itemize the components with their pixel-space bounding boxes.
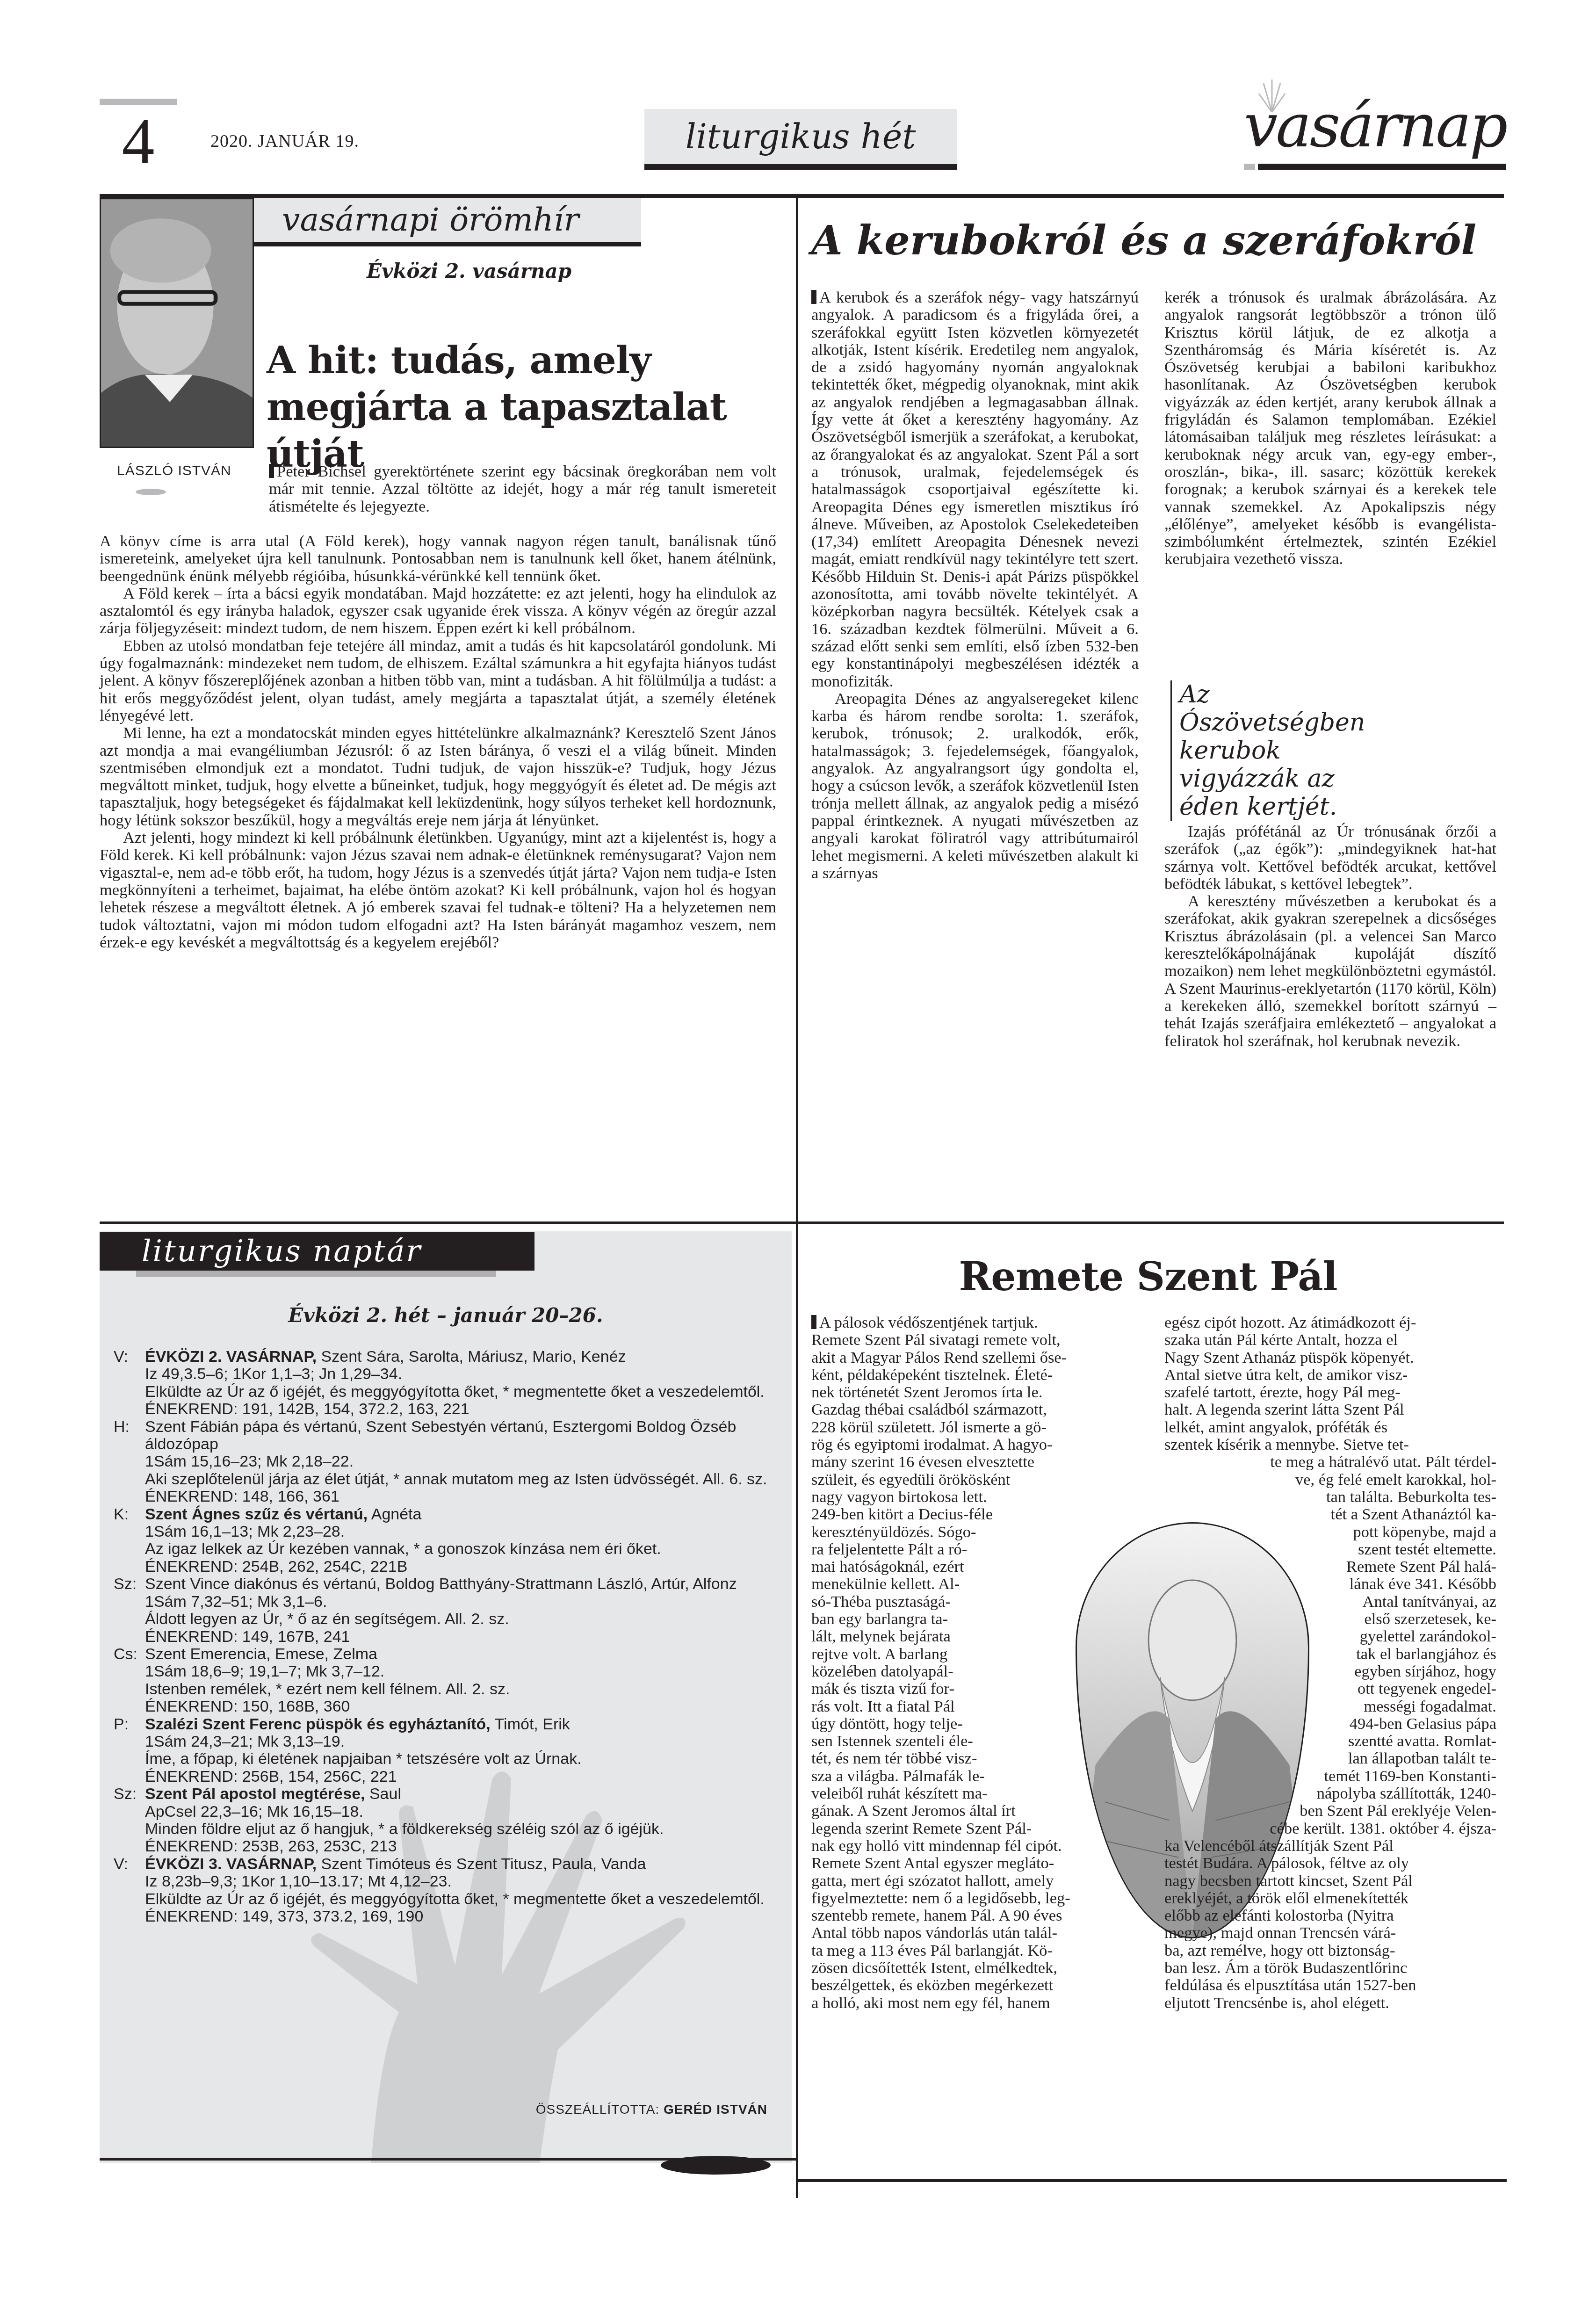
songs: ÉNEKREND: 254B, 262, 254C, 221B	[145, 1558, 661, 1576]
day-label: P:	[114, 1716, 145, 1786]
lead-marker-icon	[269, 464, 274, 478]
text-line: cébe került. 1381. október 4. éjsza-	[1164, 1820, 1496, 1837]
paragraph: A könyv címe is arra utal (A Föld kerek)…	[100, 533, 776, 585]
readings: 1Sám 16,1–13; Mk 2,23–28.	[145, 1523, 661, 1540]
text-line: 249-ben kitört a Decius-féle	[811, 1506, 1139, 1523]
brand-underline	[1258, 164, 1506, 170]
songs: ÉNEKREND: 191, 142B, 154, 372.2, 163, 22…	[145, 1401, 765, 1418]
text-line: zösen dicsőítették Istent, elmélkedtek,	[811, 1959, 1139, 1977]
paragraph: kerék a trónusok és uralmak ábrázolására…	[1164, 289, 1496, 568]
text-line: gatta, mert égi szózatot hallott, amely	[811, 1872, 1139, 1890]
calendar-entry: Sz: Szent Pál apostol megtérése, Saul Ap…	[114, 1785, 787, 1856]
masthead: 4 2020. JANUÁR 19. liturgikus hét vasárn…	[0, 0, 1596, 196]
text-line: legenda szerint Remete Szent Pál-	[811, 1820, 1139, 1837]
column-divider	[796, 196, 798, 2198]
text-line: megye), majd onnan Trencsén várá-	[1164, 1924, 1496, 1942]
text-line: gyelettel zarándokol-	[1164, 1628, 1496, 1645]
text-line: pott köpenybe, majd a	[1164, 1524, 1496, 1541]
text-line: előbb az elefánti kolostorba (Nyitra	[1164, 1907, 1496, 1924]
paragraph: Azt jelenti, hogy mindezt ki kell próbál…	[100, 829, 776, 951]
psalm: Minden földre eljut az ő hangjuk, * a fö…	[145, 1821, 664, 1838]
text-line: rás volt. Itt a fiatal Pál	[811, 1698, 1139, 1715]
article-column: egész cipót hozott. Az átimádkozott éj-s…	[1164, 1314, 1496, 2012]
text-line: testét Budára. A pálosok, féltve az oly	[1164, 1855, 1496, 1872]
text-line: szent testét eltemette.	[1164, 1541, 1496, 1558]
calendar-entry: Cs: Szent Emerencia, Emese, Zelma 1Sám 1…	[114, 1646, 787, 1716]
text-line: figyelmeztette: nem ő a legidősebb, leg-	[811, 1890, 1139, 1907]
text-line: Remete Szent Pál sivatagi remete volt,	[811, 1331, 1139, 1349]
paragraph: Mi lenne, ha ezt a mondatocskát minden e…	[100, 724, 776, 829]
text-line: Antal tanítványai, az	[1164, 1593, 1496, 1611]
text-line: ott tegyenek engedel-	[1164, 1680, 1496, 1698]
text-line: szafelé tartott, érezte, hogy Pál meg-	[1164, 1384, 1496, 1401]
psalm: Áldott legyen az Úr, * ő az én segítsége…	[145, 1611, 737, 1628]
text-line: Nagy Szent Athanáz püspök köpenyét.	[1164, 1349, 1496, 1366]
day-label: Sz:	[114, 1576, 145, 1646]
text-line: lan állapotban talált te-	[1164, 1750, 1496, 1767]
day-label: Cs:	[114, 1646, 145, 1716]
text-line: keresztényüldözés. Sógo-	[811, 1524, 1139, 1541]
text-line: feldúlása és elpusztítása után 1527-ben	[1164, 1977, 1496, 1994]
psalm: Elküldte az Úr az ő igéjét, és meggyógyí…	[145, 1383, 765, 1401]
songs: ÉNEKREND: 150, 168B, 360	[145, 1698, 510, 1715]
psalm: Íme, a főpap, ki életének napjaiban * te…	[145, 1750, 582, 1768]
text-line: nak egy holló vitt mindennap fél cipót.	[811, 1837, 1139, 1855]
songs: ÉNEKREND: 149, 167B, 241	[145, 1628, 737, 1646]
article-intro: Peter Bichsel gyerektörténete szerint eg…	[269, 463, 776, 515]
calendar-entry: H: Szent Fábián pápa és vértanú, Szent S…	[114, 1418, 787, 1506]
text-line: szentebb remete, hanem Pál. A 90 éves	[811, 1907, 1139, 1924]
text-line: mány szerint 16 évesen elvesztette	[811, 1453, 1139, 1471]
readings: 1Sám 18,6–9; 19,1–7; Mk 3,7–12.	[145, 1663, 510, 1680]
brand-logo: vasárnap	[1244, 94, 1506, 168]
text-line: halt. A legenda szerint látta Szent Pál	[1164, 1401, 1496, 1418]
text-line: ka Velencéből átszállítják Szent Pál	[1164, 1837, 1496, 1855]
column-kicker: vasárnapi örömhír	[254, 198, 641, 246]
calendar-list: V: ÉVKÖZI 2. VASÁRNAP, Szent Sára, Sarol…	[114, 1348, 787, 1925]
text-line: rejtve volt. A barlang	[811, 1646, 1139, 1663]
text-line: ereklyéjét, a török elől elmenekítették	[1164, 1890, 1496, 1907]
divider	[100, 1221, 1504, 1224]
readings: Iz 49,3.5–6; 1Kor 1,1–3; Jn 1,29–34.	[145, 1366, 765, 1383]
psalm: Elküldte az Úr az ő igéjét, és meggyógyí…	[145, 1891, 765, 1908]
author-byline: LÁSZLÓ ISTVÁN	[117, 463, 231, 479]
text-line: ra feljelentette Pált a ró-	[811, 1541, 1139, 1558]
day-label: K:	[114, 1506, 145, 1576]
readings: 1Sám 24,3–21; Mk 3,13–19.	[145, 1733, 582, 1750]
text-line: szentek kísérik a mennybe. Sietve tet-	[1164, 1436, 1496, 1453]
day-label: V:	[114, 1856, 145, 1926]
songs: ÉNEKREND: 256B, 154, 256C, 221	[145, 1768, 582, 1785]
text-line: tan találta. Beburkolta tes-	[1164, 1489, 1496, 1506]
text-line: akit a Magyar Pálos Rend szellemi őse-	[811, 1349, 1139, 1366]
text-line: Remete Szent Pál halá-	[1164, 1558, 1496, 1576]
calendar-entry: V: ÉVKÖZI 2. VASÁRNAP, Szent Sára, Sarol…	[114, 1348, 787, 1418]
compiler-credit: ÖSSZEÁLLÍTOTTA: GERÉD ISTVÁN	[536, 2102, 767, 2117]
text-line: első szerzetesek, ke-	[1164, 1611, 1496, 1628]
article-column: A pálosok védőszentjének tartjuk.Remete …	[811, 1314, 1139, 2012]
text-line: só-Théba pusztaságá-	[811, 1593, 1139, 1611]
text-line: mák és tiszta vizű for-	[811, 1680, 1139, 1698]
paragraph: A keresztény művészetben a kerubokat és …	[1164, 893, 1496, 1050]
psalm: Az igaz lelkek az Úr kezében vannak, * a…	[145, 1540, 661, 1558]
text-line: Antal sietve útra kelt, de amikor visz-	[1164, 1366, 1496, 1384]
divider	[796, 2179, 1507, 2182]
text-line: sza a világba. Pálmafák le-	[811, 1768, 1139, 1785]
paragraph: Ebben az utolsó mondatban feje tetejére …	[100, 637, 776, 724]
article-headline: Remete Szent Pál	[795, 1253, 1501, 1300]
text-line: 228 körül született. Jól ismerte a gö-	[811, 1419, 1139, 1436]
text-line: Remete Szent Antal egyszer megláto-	[811, 1855, 1139, 1872]
text-line: nápolyba szállították, 1240-	[1164, 1785, 1496, 1802]
text-line: nagy vagyon birtokosa lett.	[811, 1489, 1139, 1506]
text-line: ként, példaképeként tisztelnek. Életé-	[811, 1366, 1139, 1384]
portrait-image	[101, 199, 253, 447]
article-column: A kerubok és a szeráfok négy- vagy hatsz…	[811, 289, 1139, 882]
text-line: tét a Szent Athanáztól ka-	[1164, 1506, 1496, 1523]
text-line: veleiből ruhát készített ma-	[811, 1785, 1139, 1802]
text-line: lelkét, amint angyalok, próféták és	[1164, 1419, 1496, 1436]
section-label: liturgikus hét	[644, 109, 957, 170]
text-line: te meg a hátralévő utat. Pált térdel-	[1164, 1453, 1496, 1471]
songs: ÉNEKREND: 149, 373, 373.2, 169, 190	[145, 1908, 765, 1925]
text-line: nek történetét Szent Jeromos írta le.	[811, 1384, 1139, 1401]
text-line: mességi fogadalmat.	[1164, 1698, 1496, 1715]
text-line: ban egy barlangra ta-	[811, 1611, 1139, 1628]
article-body: A könyv címe is arra utal (A Föld kerek)…	[100, 533, 776, 951]
text-line: ve, ég felé emelt karokkal, hol-	[1164, 1471, 1496, 1489]
text-line: ta meg a 113 éves Pál barlangját. Kö-	[811, 1942, 1139, 1959]
day-label: H:	[114, 1418, 145, 1506]
paragraph: A Föld kerek – írta a bácsi egyik mondat…	[100, 585, 776, 637]
ornament	[661, 2156, 771, 2175]
calendar-entry: V: ÉVKÖZI 3. VASÁRNAP, Szent Timóteus és…	[114, 1856, 787, 1926]
text-line: tak el barlangjához és	[1164, 1646, 1496, 1663]
text-line: lált, melynek bejárata	[811, 1628, 1139, 1645]
calendar-week: Évközi 2. hét – január 20–26.	[100, 1304, 792, 1327]
calendar-entry: P: Szalézi Szent Ferenc püspök és egyház…	[114, 1716, 787, 1786]
divider	[100, 194, 1504, 198]
calendar-entry: K: Szent Ágnes szűz és vértanú, Agnéta 1…	[114, 1506, 787, 1576]
readings: 1Sám 7,32–51; Mk 3,1–6.	[145, 1593, 737, 1611]
readings: Iz 8,23b–9,3; 1Kor 1,10–13.17; Mt 4,12–2…	[145, 1873, 765, 1890]
text-line: szentté avatta. Romlat-	[1164, 1733, 1496, 1750]
text-line: ba, azt remélve, hogy ott biztonság-	[1164, 1942, 1496, 1959]
readings: 1Sám 15,16–23; Mk 2,18–22.	[145, 1453, 787, 1470]
text-line: A pálosok védőszentjének tartjuk.	[811, 1314, 1139, 1331]
text-line: ban lesz. Ám a török Budaszentlőrinc	[1164, 1959, 1496, 1977]
paragraph: Areopagita Dénes az angyalseregeket kile…	[811, 690, 1139, 882]
paragraph: Izajás prófétánál az Úr trónusának őrzői…	[1164, 823, 1496, 893]
article-column: Izajás prófétánál az Úr trónusának őrzői…	[1164, 823, 1496, 1050]
page-number: 4	[100, 105, 177, 178]
lead-marker-icon	[811, 290, 816, 304]
text-line: úgy döntött, hogy telje-	[811, 1715, 1139, 1733]
day-label: V:	[114, 1348, 145, 1418]
text-line: temét 1169-ben Konstanti-	[1164, 1768, 1496, 1785]
text-line: lának éve 341. Később	[1164, 1576, 1496, 1593]
article-subkicker: Évközi 2. vasárnap	[254, 260, 684, 282]
text-line: Antal több napos vándorlás után talál-	[811, 1924, 1139, 1942]
text-line: mai hatóságoknál, ezért	[811, 1558, 1139, 1576]
songs: ÉNEKREND: 148, 166, 361	[145, 1488, 787, 1505]
text-line: közelében datolyapál-	[811, 1663, 1139, 1680]
text-line: eljutott Trencsénbe is, ahol elégett.	[1164, 1995, 1496, 2012]
page-number-bar	[100, 99, 177, 105]
readings: ApCsel 22,3–16; Mk 16,15–18.	[145, 1803, 664, 1821]
author-photo	[100, 198, 254, 448]
article-headline: A kerubokról és a szeráfokról	[811, 217, 1476, 264]
article-headline: A hit: tudás, amely megjárta a tapasztal…	[267, 337, 790, 477]
text-line: egész cipót hozott. Az átimádkozott éj-	[1164, 1314, 1496, 1331]
text-line: szüleit, és egyedüli örökösként	[811, 1471, 1139, 1489]
text-line: gának. A Szent Jeromos által írt	[811, 1802, 1139, 1820]
spark-icon	[1258, 80, 1286, 112]
day-label: Sz:	[114, 1785, 145, 1856]
text-line: rög és egyiptomi irodalmat. A hagyo-	[811, 1436, 1139, 1453]
text-line: tét, és nem tér többé visz-	[811, 1750, 1139, 1767]
text-line: Gazdag thébai családból származott,	[811, 1401, 1139, 1418]
lead-marker-icon	[811, 1315, 816, 1329]
text-line: menekülnie kellett. Al-	[811, 1576, 1139, 1593]
psalm: Istenben remélek, * ezért nem kell félne…	[145, 1681, 510, 1698]
psalm: Aki szeplőtelenül járja az élet útját, *…	[145, 1471, 787, 1488]
text-line: ben Szent Pál ereklyéje Velen-	[1164, 1802, 1496, 1820]
text-line: 494-ben Gelasius pápa	[1164, 1715, 1496, 1733]
liturgical-calendar: liturgikus naptár Évközi 2. hét – január…	[100, 1231, 792, 2163]
byline-ornament	[136, 489, 166, 495]
calendar-tab: liturgikus naptár	[100, 1232, 534, 1271]
issue-date: 2020. JANUÁR 19.	[210, 131, 359, 152]
text-line: a holló, aki most nem egy fél, hanem	[811, 1995, 1139, 2012]
pull-quote: Az Ószövetségben kerubok vigyázzák az éd…	[1170, 680, 1367, 821]
text-line: egyben sírjához, hogy	[1164, 1663, 1496, 1680]
text-line: nagy becsben tartott kincset, Szent Pál	[1164, 1872, 1496, 1890]
text-line: szaka után Pál kérte Antalt, hozza el	[1164, 1331, 1496, 1349]
article-column: kerék a trónusok és uralmak ábrázolására…	[1164, 289, 1496, 568]
text-line: sen Istennek szenteli éle-	[811, 1733, 1139, 1750]
text-line: beszélgettek, és eközben megérkezett	[811, 1977, 1139, 1994]
songs: ÉNEKREND: 253B, 263, 253C, 213	[145, 1838, 664, 1855]
calendar-entry: Sz: Szent Vince diakónus és vértanú, Bol…	[114, 1576, 787, 1646]
